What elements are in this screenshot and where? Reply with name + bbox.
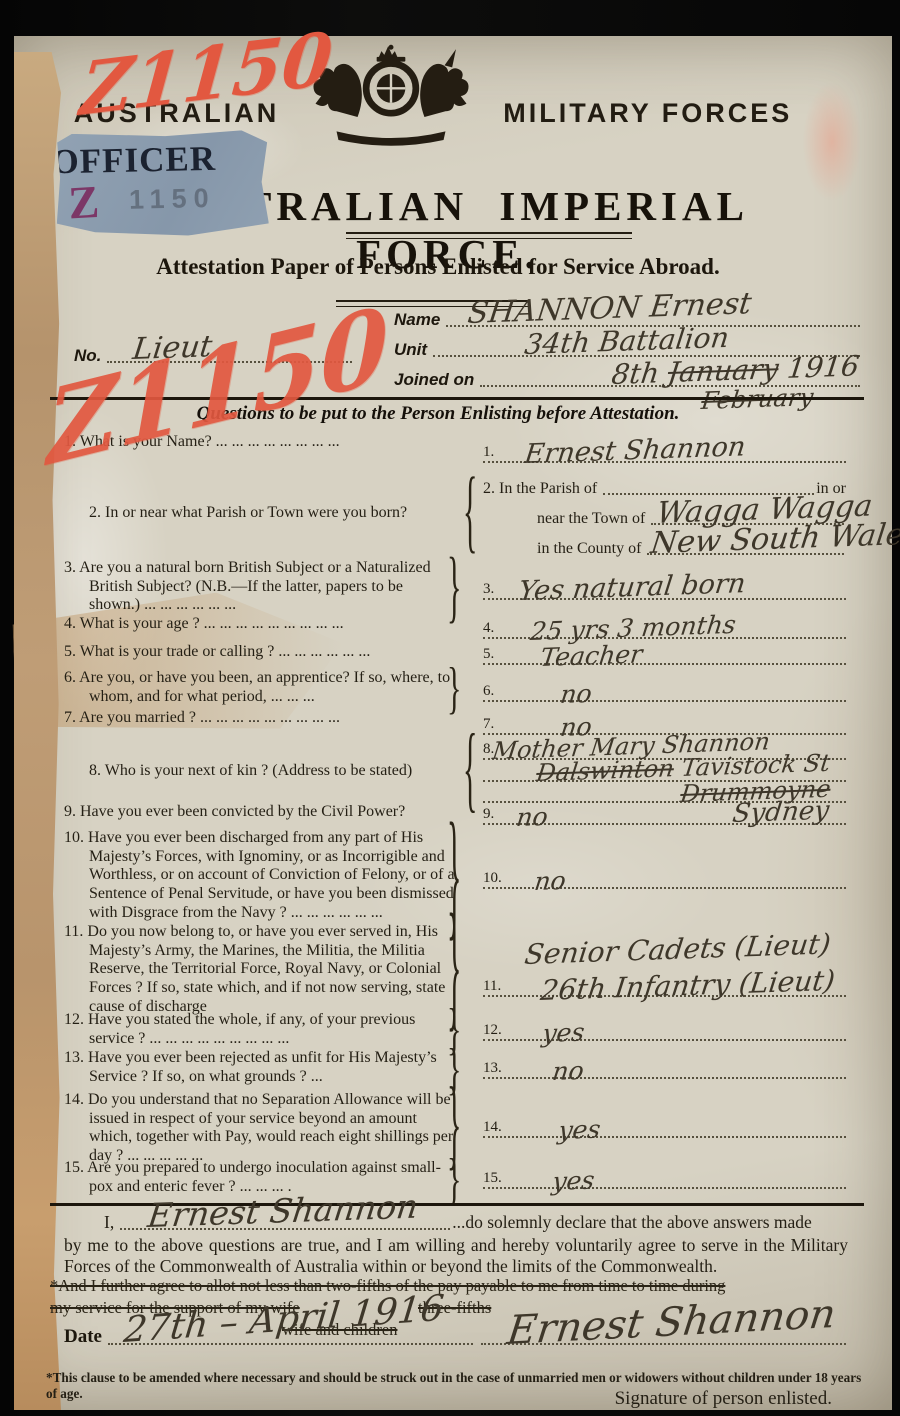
question-11: 11. Do you now belong to, or have you ev…	[64, 923, 457, 1011]
question-13-text: Have you ever been rejected as unfit for…	[88, 1049, 437, 1085]
unit-value-handwriting: 34th Battalion	[523, 324, 731, 359]
question-2-text-wrap: 2. In or near what Parish or Town were y…	[89, 504, 407, 523]
answer-10-line: 10. no	[483, 863, 846, 889]
question-5: 5. What is your trade or calling ? ... .…	[64, 643, 457, 669]
answer-11-number: 11.	[483, 978, 505, 995]
question-6: 6. Are you, or have you been, an apprent…	[64, 669, 457, 709]
question-15-number: 15.	[64, 1159, 84, 1176]
question-8-text-wrap: 8. Who is your next of kin ? (Address to…	[89, 762, 412, 781]
question-10-text: Have you ever been discharged from any p…	[88, 829, 455, 921]
joined-date-handwriting: 8th January 1916	[610, 352, 861, 389]
answer-5-handwriting: Teacher	[539, 641, 644, 670]
signature-line: Ernest Shannon	[481, 1343, 846, 1345]
answer-11-handwriting-1: Senior Cadets (Lieut)	[523, 930, 832, 969]
answer-3-area: 3. Yes natural born	[483, 559, 846, 615]
answer-3-handwriting: Yes natural born	[517, 570, 747, 605]
answer-13-line: 13. no	[483, 1053, 846, 1079]
answer-4-area: 4. 25 yrs 3 months	[483, 615, 846, 643]
answer-13-number: 13.	[483, 1060, 506, 1077]
question-4: 4. What is your age ? ... ... ... ... ..…	[64, 615, 457, 643]
answer-15-number: 15.	[483, 1170, 506, 1187]
answer-13-area: 13. no	[483, 1049, 846, 1091]
questions-list: 1. What is your Name? ... ... ... ... ..…	[64, 433, 846, 1201]
answer-1-line: 1. Ernest Shannon	[483, 437, 846, 463]
officer-label-letter: Z	[67, 181, 100, 224]
joined-day: 8th	[610, 356, 661, 391]
joined-on-field: Joined on 8th January 1916 February	[394, 370, 862, 390]
near-town-label: near the Town of	[537, 510, 645, 528]
parish-of-label: 2. In the Parish of	[483, 480, 597, 498]
name-label: Name	[394, 310, 440, 330]
question-3: 3. Are you a natural born British Subjec…	[64, 559, 457, 615]
answer-10-handwriting: no	[533, 868, 567, 894]
question-9: 9. Have you ever been convicted by the C…	[64, 803, 457, 829]
declaration-section: I, Ernest Shannon ...do solemnly declare…	[64, 1212, 848, 1278]
unit-label: Unit	[394, 340, 427, 360]
question-4-number: 4.	[64, 615, 76, 632]
answer-1-number: 1.	[483, 444, 498, 461]
question-5-number: 5.	[64, 643, 76, 660]
answer-9-handwriting: no	[515, 804, 549, 830]
answer-6-line: 6. no	[483, 676, 846, 702]
answer-15-area: 15. yes	[483, 1159, 846, 1201]
answer-3-number: 3.	[483, 581, 498, 598]
next-of-kin-city-handwriting: Sydney	[731, 798, 831, 827]
question-7-number: 7.	[64, 709, 76, 726]
declaration-line-1: I, Ernest Shannon ...do solemnly declare…	[64, 1212, 848, 1233]
answer-11-area: Senior Cadets (Lieut) 11. 26th Infantry …	[483, 923, 846, 1011]
answer-13-handwriting: no	[551, 1058, 585, 1084]
question-row-3: 3. Are you a natural born British Subjec…	[64, 559, 846, 615]
question-10: 10. Have you ever been discharged from a…	[64, 829, 457, 923]
declaration-name-handwriting: Ernest Shannon	[146, 1190, 420, 1232]
answer-11-line-2: 11. 26th Infantry (Lieut)	[483, 967, 846, 997]
question-row-6: 6. Are you, or have you been, an apprent…	[64, 669, 846, 709]
answer-4-number: 4.	[483, 620, 498, 637]
answer-1-area: 1. Ernest Shannon	[483, 433, 846, 467]
attestation-paper: Z1150 Z1150 AUSTRALIAN MILITARY FORCES A…	[14, 36, 892, 1410]
answer-11-line-1: Senior Cadets (Lieut)	[483, 937, 846, 967]
answer-9-line: 9. no Sydney	[483, 803, 846, 825]
question-9-text: Have you ever been convicted by the Civi…	[80, 803, 405, 820]
county-handwriting: New South Wales	[649, 520, 900, 559]
joined-year: 1916	[786, 349, 862, 384]
question-14-number: 14.	[64, 1091, 84, 1108]
answer-5-line: 5. Teacher	[483, 643, 846, 665]
answer-6-handwriting: no	[559, 681, 593, 707]
question-11-number: 11.	[64, 923, 83, 940]
question-14-text: Do you understand that no Separation All…	[88, 1091, 453, 1164]
question-7: 7. Are you married ? ... ... ... ... ...…	[64, 709, 457, 739]
answer-4-line: 4. 25 yrs 3 months	[483, 615, 846, 639]
question-5-text: What is your trade or calling ? ... ... …	[80, 643, 371, 660]
joined-on-label: Joined on	[394, 370, 474, 390]
answer-9-area: 9. no Sydney	[483, 803, 846, 829]
title-double-rule	[346, 232, 632, 239]
question-14: 14. Do you understand that no Separation…	[64, 1091, 457, 1159]
header-right-text: MILITARY FORCES	[503, 98, 792, 129]
question-12: 12. Have you stated the whole, if any, o…	[64, 1011, 457, 1049]
page-subtitle: Attestation Paper of Persons Enlisted fo…	[44, 254, 832, 280]
answer-8-area: 8. Mother Mary Shannon Dalswinton Tavist…	[483, 739, 846, 803]
answer-5-area: 5. Teacher	[483, 643, 846, 669]
question-10-number: 10.	[64, 829, 84, 846]
answer-9-number: 9.	[483, 806, 498, 823]
officer-label-number: 1150	[129, 183, 216, 216]
answer-6-number: 6.	[483, 683, 498, 700]
question-4-text: What is your age ? ... ... ... ... ... .…	[80, 615, 344, 632]
answer-10-area: 10. no	[483, 829, 846, 923]
question-2: 2. In or near what Parish or Town were y…	[64, 467, 457, 559]
answer-11-handwriting-2: 26th Infantry (Lieut)	[539, 967, 837, 1005]
answer-12-number: 12.	[483, 1022, 506, 1039]
officer-label-sticker: OFFICER Z 1150	[55, 130, 269, 238]
answer-12-line: 12. yes	[483, 1015, 846, 1041]
declaration-body-text: by me to the above questions are true, a…	[64, 1235, 848, 1278]
county-label: in the County of	[537, 540, 641, 558]
answer-14-area: 14. yes	[483, 1091, 846, 1159]
answer-1-handwriting: Ernest Shannon	[523, 433, 747, 468]
date-signature-row: Date 27th – April 1916 Ernest Shannon	[64, 1326, 848, 1348]
declaration-i-label: I,	[64, 1212, 114, 1233]
answer-5-number: 5.	[483, 646, 498, 663]
question-11-text: Do you now belong to, or have you ever s…	[87, 923, 445, 1015]
answer-3-line: 3. Yes natural born	[483, 574, 846, 600]
question-12-text: Have you stated the whole, if any, of yo…	[88, 1011, 415, 1047]
question-row-4: 4. What is your age ? ... ... ... ... ..…	[64, 615, 846, 643]
date-label: Date	[64, 1326, 102, 1348]
answer-14-number: 14.	[483, 1119, 506, 1136]
answer-7-number: 7.	[483, 716, 498, 733]
question-row-8: 8. Who is your next of kin ? (Address to…	[64, 739, 846, 803]
declaration-name-line: Ernest Shannon	[120, 1228, 450, 1230]
question-2-text: In or near what Parish or Town were you …	[105, 504, 407, 521]
scanned-document-background: Z1150 Z1150 AUSTRALIAN MILITARY FORCES A…	[0, 0, 900, 1416]
question-7-text: Are you married ? ... ... ... ... ... ..…	[79, 709, 340, 726]
question-6-number: 6.	[64, 669, 76, 686]
answer-12-handwriting: yes	[541, 1020, 586, 1046]
question-3-number: 3.	[64, 559, 76, 576]
declaration-line-1-rest: ...do solemnly declare that the above an…	[452, 1212, 812, 1233]
question-8: 8. Who is your next of kin ? (Address to…	[64, 739, 457, 803]
answer-15-line: 15. yes	[483, 1163, 846, 1189]
question-6-text: Are you, or have you been, an apprentice…	[79, 669, 450, 705]
county-line: New South Wales	[647, 553, 844, 555]
answer-2-line-3: in the County of New South Wales	[483, 528, 846, 558]
answer-12-area: 12. yes	[483, 1011, 846, 1049]
question-8-number: 8.	[89, 762, 101, 779]
answer-14-handwriting: yes	[557, 1117, 602, 1143]
question-3-text: Are you a natural born British Subject o…	[79, 559, 430, 613]
question-8-text: Who is your next of kin ? (Address to be…	[105, 762, 412, 779]
answer-2-area: 2. In the Parish of in or near the Town …	[483, 467, 846, 559]
question-12-number: 12.	[64, 1011, 84, 1028]
date-line: 27th – April 1916	[108, 1343, 473, 1345]
question-9-number: 9.	[64, 803, 76, 820]
answer-10-number: 10.	[483, 870, 506, 887]
answer-6-area: 6. no	[483, 669, 846, 709]
question-13-number: 13.	[64, 1049, 84, 1066]
question-2-number: 2.	[89, 504, 101, 521]
clause-footnote: *This clause to be amended where necessa…	[46, 1370, 862, 1402]
answer-14-line: 14. yes	[483, 1112, 846, 1138]
joined-on-line: 8th January 1916 February	[480, 385, 860, 387]
answer-15-handwriting: yes	[551, 1168, 596, 1194]
question-13: 13. Have you ever been rejected as unfit…	[64, 1049, 457, 1091]
joined-month-struck: January	[666, 352, 781, 389]
